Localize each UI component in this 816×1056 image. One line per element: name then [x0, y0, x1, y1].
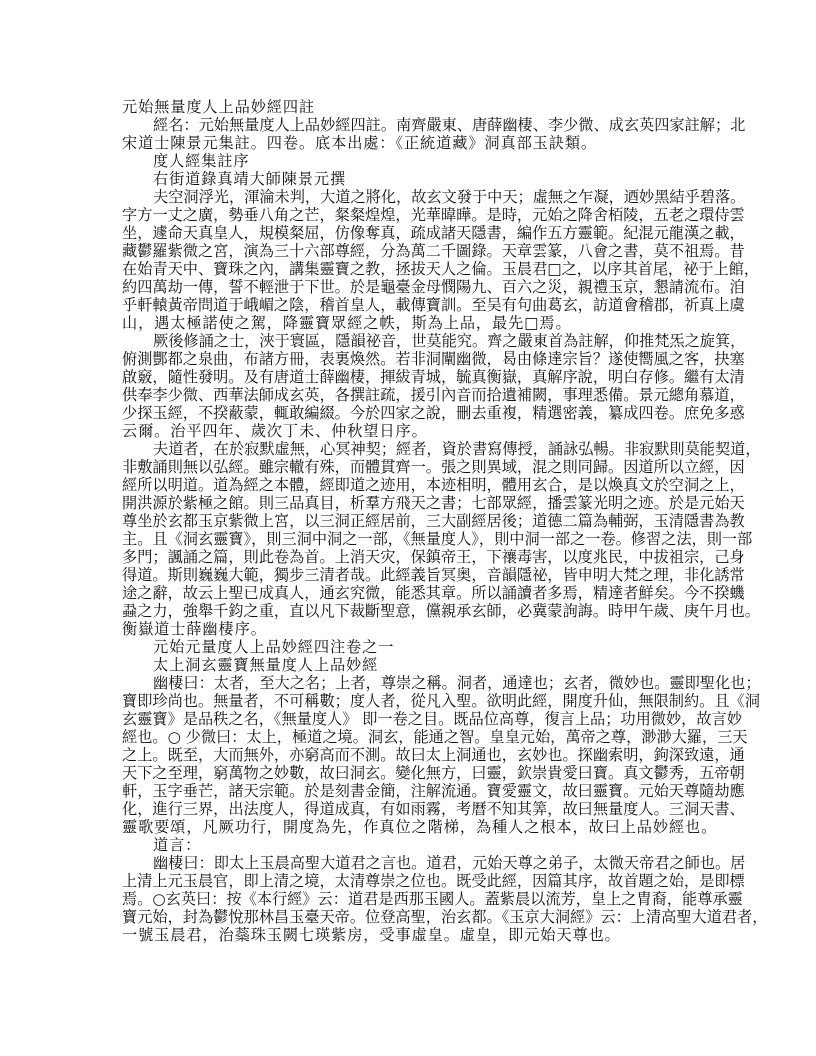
- text-line: 蝨之力，強舉千鈞之重，直以凡下裁斷聖意，儻親承玄師，必冀蒙詢誨。時甲午歲、庚午月…: [122, 602, 712, 620]
- text-line: 約四萬劫一傳，誓不輕泄于下世。於是龜臺金母憫陽九、百六之災，親禮玉京，懇請流布。…: [122, 278, 712, 296]
- text-line: 云爾。治平四年、歲次丁未、仲秋望日序。: [122, 422, 712, 440]
- document-page: 元始無量度人上品妙經四註經名：元始無量度人上品妙經四註。南齊嚴東、唐薛幽棲、李少…: [122, 98, 712, 944]
- text-line: 供奉李少微、西華法師成玄英，各撰註疏，援引內音而拾遺補闕，事理悉備。景元總角慕道…: [122, 386, 712, 404]
- text-line: 坐，遽命天真皇人，規模粲屈，仿像奪真，疏成諸天隱書，編作五方靈範。紀混元龍漢之載…: [122, 224, 712, 242]
- text-line: 開洪源於紫極之館。則三品真目，析羣方飛天之書；七部眾經，播雲篆光明之迹。於是元始…: [122, 494, 712, 512]
- text-line: 上清上元玉晨官，即上清之境，太清尊崇之位也。既受此經，因篇其序，故首題之始，是即…: [122, 872, 712, 890]
- text-line: 非敷誦則無以弘經。雖宗轍有殊，而體貫齊一。張之則異域，混之則同歸。因道所以立經，…: [122, 458, 712, 476]
- paragraph: 夫空洞浮光，渾淪未判，大道之將化，故玄文發于中天；虛無之乍凝，迺妙黑結乎碧落。字…: [122, 188, 712, 332]
- text-line: 焉。○玄英曰：按《本行經》云：道君是西那玉國人。蓋紫晨以流芳，皇上之胄裔，能尊承…: [122, 890, 712, 908]
- section-heading: 道言：: [122, 836, 712, 854]
- text-line: 字方一丈之廣，勢垂八角之芒，粲粲煌煌，光華暐曄。是時，元始之降舍栢陵，五老之環侍…: [122, 206, 712, 224]
- text-line: 乎軒轅黃帝問道于峨嵋之陰，稽首皇人，載傳寶訓。至吴有句曲葛玄，訪道會稽郡，祈真上…: [122, 296, 712, 314]
- text-line: 天下之至理，窮萬物之妙數，故曰洞玄。變化無方，曰靈，欽崇貴愛曰寶。真文鬱秀，五帝…: [122, 764, 712, 782]
- text-line: 主。且《洞玄靈寶》，則三洞中洞之一部，《無量度人》，則中洞一部之一卷。修習之法，…: [122, 530, 712, 548]
- text-line: 藏鬱羅紫微之宮，演為三十六部尊經，分為萬二千圖錄。天章雲篆，八會之書，莫不祖焉。…: [122, 242, 712, 260]
- text-line: 山，遇太極諾使之駕，降靈寶眾經之帙，斯為上品，最先□焉。: [122, 314, 712, 332]
- text-line: 宋道士陳景元集註。四卷。底本出處：《正統道藏》洞真部玉訣類。: [122, 134, 712, 152]
- text-line: 靈歌要頌，凡厥功行，開度為先，作真位之階梯，為種人之根本，故曰上品妙經也。: [122, 818, 712, 836]
- text-line: 啟竅，隨性發明。及有唐道士薛幽棲，揮紱青城，毓真衡嶽，真解序說，明白存修。繼有太…: [122, 368, 712, 386]
- text-line: 尊坐於玄都玉京紫微上宮，以三洞正經居前，三大副經居後；道德二篇為輔弼，玉清隱書為…: [122, 512, 712, 530]
- section-heading: 度人經集註序: [122, 152, 712, 170]
- text-line: 太上洞玄靈寶無量度人上品妙經: [122, 656, 712, 674]
- text-line: 經也。○ 少微曰：太上，極道之境。洞玄，能通之智。皇皇元始，萬帝之尊，渺渺大羅，…: [122, 728, 712, 746]
- text-line: 經所以明道。道為經之本體，經即道之迹用，本迹相明，體用玄合，是以煥真文於空洞之上…: [122, 476, 712, 494]
- text-line: 元始無量度人上品妙經四註: [122, 98, 712, 116]
- paragraph: 幽棲曰：即太上玉晨高聖大道君之言也。道君，元始天尊之弟子，太微天帝君之師也。居上…: [122, 854, 712, 944]
- text-line: 幽棲曰：太者，至大之名；上者，尊崇之稱。洞者，通達也；玄者，微妙也。靈即聖化也；: [122, 674, 712, 692]
- text-line: 一號玉晨君，治蘂珠玉闕七瑛紫房，受事虛皇。虛皇，即元始天尊也。: [122, 926, 712, 944]
- text-line: 元始元量度人上品妙經四注卷之一: [122, 638, 712, 656]
- section-heading: 元始元量度人上品妙經四注卷之一: [122, 638, 712, 656]
- section-heading: 右街道錄真靖大師陳景元撰: [122, 170, 712, 188]
- text-line: 途之辭，故云上聖已成真人，通玄究微，能悉其章。所以誦讀者多焉，精達者鮮矣。今不揆…: [122, 584, 712, 602]
- text-line: 寶即珍尚也。無量者，不可稱數；度人者，從凡入聖。欲明此經，開度升仙，無限制約。且…: [122, 692, 712, 710]
- text-line: 化，進行三界，出法度人，得道成真，有如雨霧，考曆不知其筭，故曰無量度人。三洞天書…: [122, 800, 712, 818]
- paragraph: 夫道者，在於寂默虛無，心冥神契；經者，資於書寫傳授，誦詠弘暢。非寂默則莫能契道，…: [122, 440, 712, 638]
- text-line: 多門；諷誦之篇，則此卷為首。上消天灾，保鎮帝王，下禳毒害，以度兆民，中拔祖宗，己…: [122, 548, 712, 566]
- text-line: 幽棲曰：即太上玉晨高聖大道君之言也。道君，元始天尊之弟子，太微天帝君之師也。居: [122, 854, 712, 872]
- text-line: 夫空洞浮光，渾淪未判，大道之將化，故玄文發于中天；虛無之乍凝，迺妙黑結乎碧落。: [122, 188, 712, 206]
- text-line: 右街道錄真靖大師陳景元撰: [122, 170, 712, 188]
- text-line: 經名：元始無量度人上品妙經四註。南齊嚴東、唐薛幽棲、李少微、成玄英四家註解；北: [122, 116, 712, 134]
- section-heading: 太上洞玄靈寶無量度人上品妙經: [122, 656, 712, 674]
- text-line: 俯測酆都之泉曲，布諸方冊，表裏煥然。若非洞闡幽微，曷由條達宗旨？遂使嚮風之客，抉…: [122, 350, 712, 368]
- text-line: 玄靈寶》是品秩之名，《無量度人》 即一卷之目。既品位高尊，復言上品；功用微妙，故…: [122, 710, 712, 728]
- text-line: 之上。既至，大而無外，亦窮高而不測。故曰太上洞通也，玄妙也。探幽索明，鉤深致遠，…: [122, 746, 712, 764]
- text-line: 軒，玉字垂芒，諸天宗範。於是刻書金簡，注解流通。寶愛靈文，故曰靈寶。元始天尊隨劫…: [122, 782, 712, 800]
- text-line: 度人經集註序: [122, 152, 712, 170]
- paragraph: 經名：元始無量度人上品妙經四註。南齊嚴東、唐薛幽棲、李少微、成玄英四家註解；北宋…: [122, 116, 712, 152]
- paragraph: 厥後修誦之士，浹于寰區，隱韻祕音，世莫能究。齊之嚴東首為註解，仰推梵炁之旋箕，俯…: [122, 332, 712, 440]
- document-title: 元始無量度人上品妙經四註: [122, 98, 712, 116]
- paragraph: 幽棲曰：太者，至大之名；上者，尊崇之稱。洞者，通達也；玄者，微妙也。靈即聖化也；…: [122, 674, 712, 836]
- text-line: 道言：: [122, 836, 712, 854]
- text-line: 衡嶽道士薛幽棲序。: [122, 620, 712, 638]
- text-line: 夫道者，在於寂默虛無，心冥神契；經者，資於書寫傳授，誦詠弘暢。非寂默則莫能契道，: [122, 440, 712, 458]
- text-line: 在始青天中、寶珠之內，講集靈寶之教，拯拔天人之倫。玉晨君□之，以序其首尾，祕于上…: [122, 260, 712, 278]
- text-line: 寶元始，封為鬱悅那林昌玉臺天帝。位登高聖，治玄都。《玉京大洞經》云：上清高聖大道…: [122, 908, 712, 926]
- text-line: 得道。斯則巍巍大範，獨步三清者哉。此經義旨冥奥，音韻隱祕，皆申明大梵之理，非化誘…: [122, 566, 712, 584]
- text-line: 少探玉經，不揆蔽蒙，輒敢編綴。今於四家之說，刪去重複，精選密義，纂成四卷。庶免多…: [122, 404, 712, 422]
- text-line: 厥後修誦之士，浹于寰區，隱韻祕音，世莫能究。齊之嚴東首為註解，仰推梵炁之旋箕，: [122, 332, 712, 350]
